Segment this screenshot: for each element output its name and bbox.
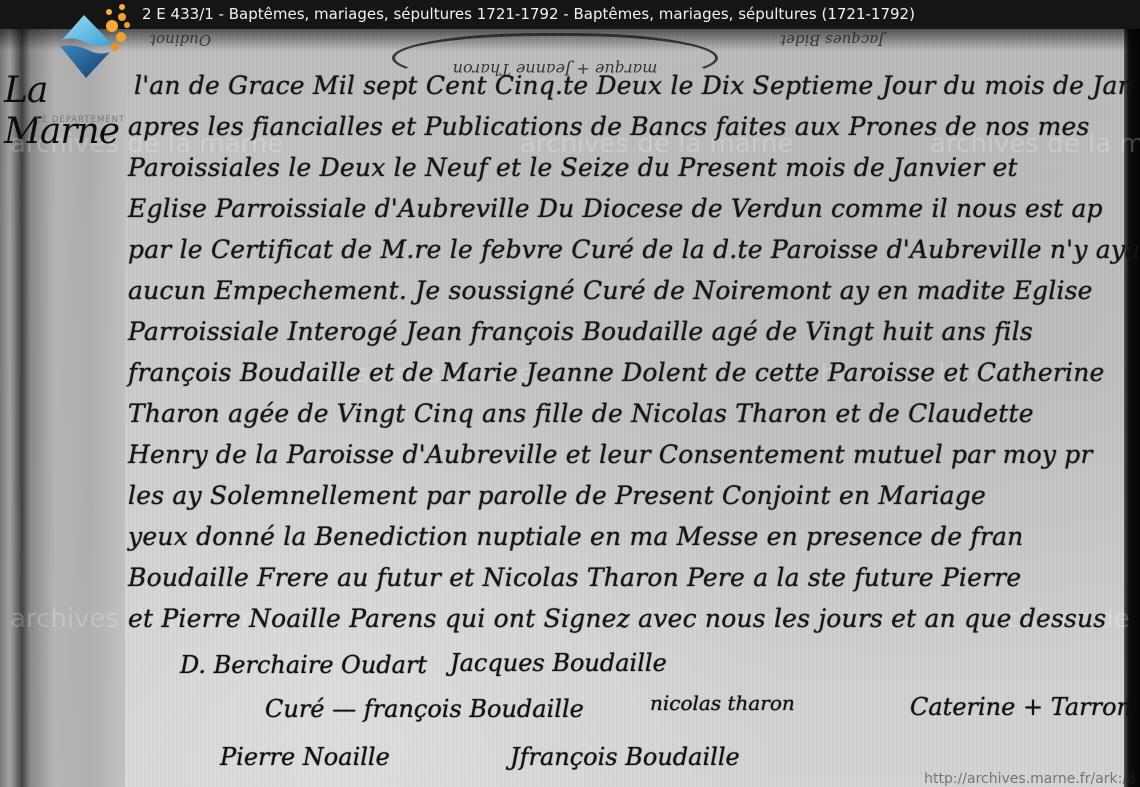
manuscript-line: Boudaille Frere au futur et Nicolas Thar… xyxy=(128,563,1128,604)
manuscript-line: Henry de la Paroisse d'Aubreville et leu… xyxy=(128,440,1128,481)
margin-note-left: Oudinot xyxy=(150,31,211,49)
manuscript-page-image[interactable]: Oudinot marque + Jeanne Tharon Jacques B… xyxy=(0,29,1140,787)
document-title: 2 E 433/1 - Baptêmes, mariages, sépultur… xyxy=(142,0,915,28)
manuscript-line: aucun Empechement. Je soussigné Curé de … xyxy=(128,276,1128,317)
signature: Jacques Boudaille xyxy=(450,649,667,677)
manuscript-line: et Pierre Noaille Parens qui ont Signez … xyxy=(128,604,1128,645)
archive-url-stamp: http://archives.marne.fr/ark:/8 xyxy=(924,771,1136,787)
manuscript-line: yeux donné la Benediction nuptiale en ma… xyxy=(128,522,1128,563)
signature: Caterine + Tarron xyxy=(910,693,1132,721)
manuscript-text: l'an de Grace Mil sept Cent Cinq.te Deux… xyxy=(128,71,1128,645)
manuscript-line: les ay Solemnellement par parolle de Pre… xyxy=(128,481,1128,522)
manuscript-line: Parroissiale Interogé Jean françois Boud… xyxy=(128,317,1128,358)
signature: D. Berchaire Oudart xyxy=(180,651,427,679)
manuscript-line: apres les fiancialles et Publications de… xyxy=(128,112,1128,153)
manuscript-line: l'an de Grace Mil sept Cent Cinq.te Deux… xyxy=(128,71,1128,112)
manuscript-line: françois Boudaille et de Marie Jeanne Do… xyxy=(128,358,1128,399)
viewer-title-bar: 2 E 433/1 - Baptêmes, mariages, sépultur… xyxy=(0,0,1140,29)
signature: Jfrançois Boudaille xyxy=(510,743,740,771)
logo-subtitle: LE DÉPARTEMENT xyxy=(36,115,125,125)
logo-wordmark: La Marne xyxy=(4,70,140,152)
image-viewer-canvas[interactable]: Oudinot marque + Jeanne Tharon Jacques B… xyxy=(0,29,1140,787)
manuscript-line: par le Certificat de M.re le febvre Curé… xyxy=(128,235,1128,276)
manuscript-line: Paroissiales le Deux le Neuf et le Seize… xyxy=(128,153,1128,194)
signature: Pierre Noaille xyxy=(220,743,390,771)
signature: Curé — françois Boudaille xyxy=(265,695,584,723)
manuscript-line: Tharon agée de Vingt Cinq ans fille de N… xyxy=(128,399,1128,440)
signature: nicolas tharon xyxy=(650,691,795,715)
margin-note-right: Jacques Bidet xyxy=(780,31,884,49)
la-marne-logo[interactable]: La Marne LE DÉPARTEMENT xyxy=(0,0,140,128)
manuscript-line: Eglise Parroissiale d'Aubreville Du Dioc… xyxy=(128,194,1128,235)
